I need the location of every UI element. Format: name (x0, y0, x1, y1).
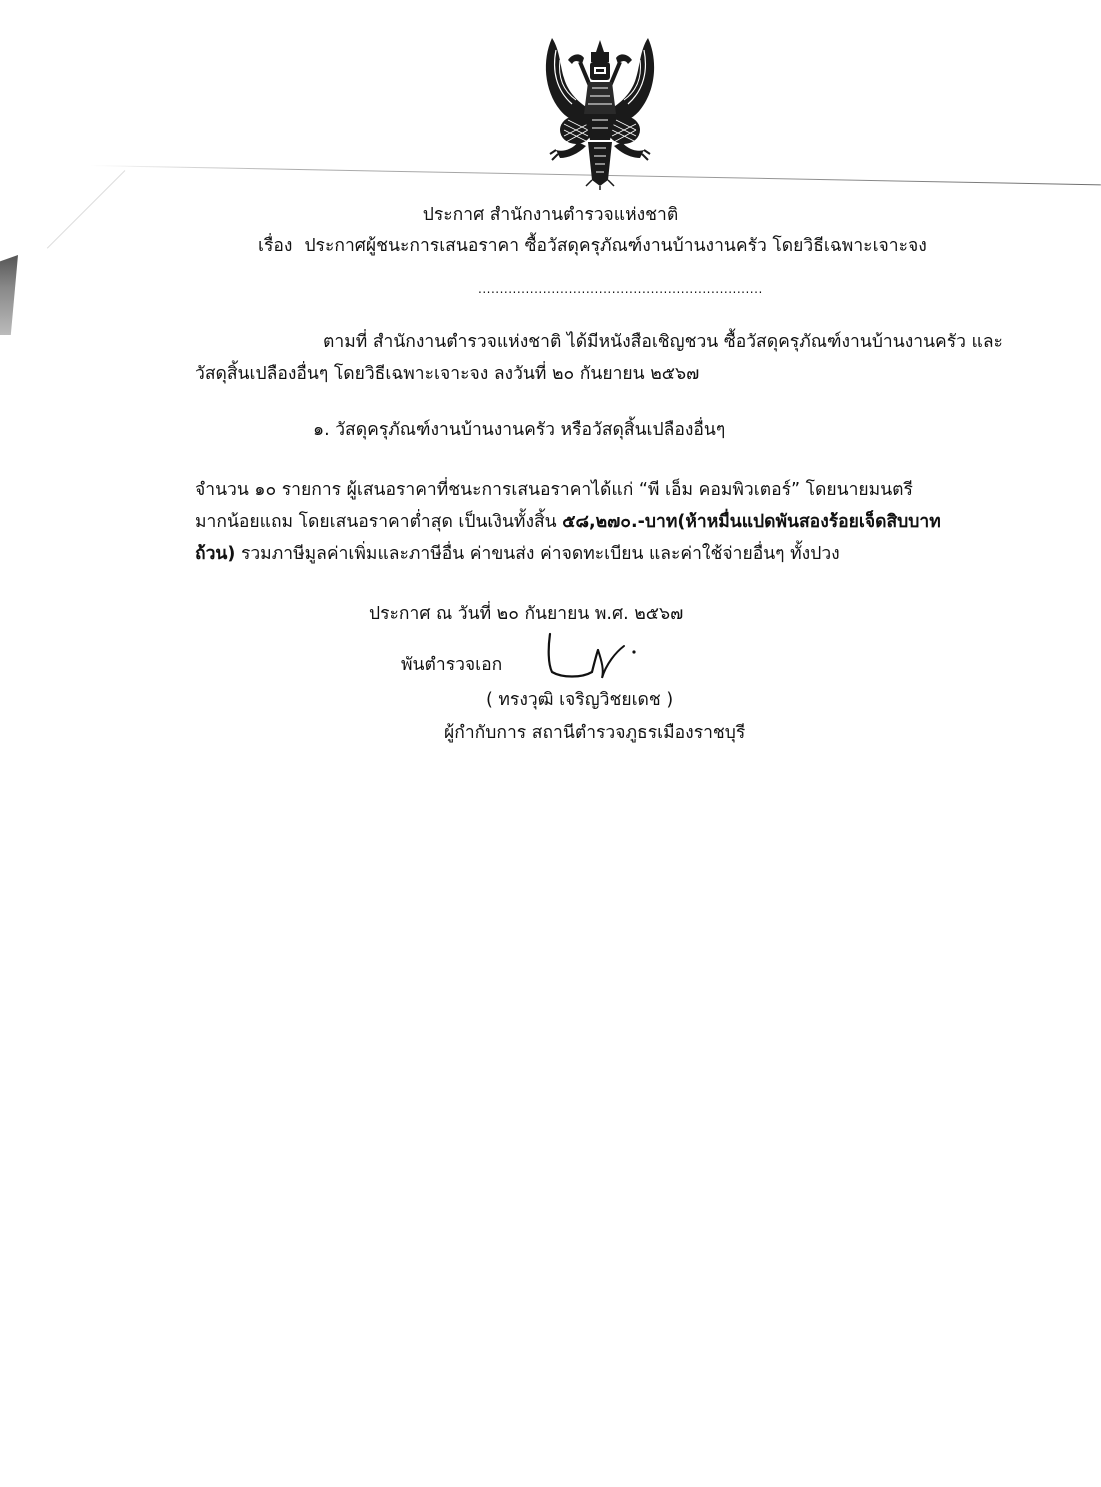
announcement-title: ประกาศ สำนักงานตำรวจแห่งชาติ (0, 203, 1101, 227)
subject-line: เรื่องประกาศผู้ชนะการเสนอราคา ซื้อวัสดุค… (258, 234, 927, 258)
item-1: ๑. วัสดุครุภัณฑ์งานบ้านงานครัว หรือวัสดุ… (313, 418, 725, 442)
subject-label: เรื่อง (258, 236, 292, 256)
scan-shadow (0, 255, 18, 335)
signature-icon (542, 628, 642, 684)
signatory-position: ผู้กำกับการ สถานีตำรวจภูธรเมืองราชบุรี (444, 721, 745, 745)
paragraph2-line3: ถ้วน) รวมภาษีมูลค่าเพิ่มและภาษีอื่น ค่าข… (195, 542, 840, 566)
subject-text: ประกาศผู้ชนะการเสนอราคา ซื้อวัสดุครุภัณฑ… (304, 236, 926, 256)
signatory-rank: พันตำรวจเอก (401, 653, 502, 677)
paragraph2-line1: จำนวน ๑๐ รายการ ผู้เสนอราคาที่ชนะการเสนอ… (195, 478, 913, 502)
total-amount: ๕๘,๒๗๐.-บาท(ห้าหมื่นแปดพันสองร้อยเจ็ดสิบ… (562, 512, 941, 532)
paragraph1-line2: วัสดุสิ้นเปลืองอื่นๆ โดยวิธีเฉพาะเจาะจง … (195, 362, 699, 386)
paragraph1-line1: ตามที่ สำนักงานตำรวจแห่งชาติ ได้มีหนังสื… (323, 330, 1003, 354)
signatory-name: ( ทรงวุฒิ เจริญวิชยเดช ) (486, 688, 673, 712)
garuda-emblem-icon (538, 30, 662, 190)
paragraph2-line2-text: มากน้อยแถม โดยเสนอราคาต่ำสุด เป็นเงินทั้… (195, 512, 562, 532)
separator-dots: ........................................… (478, 282, 763, 296)
document-page: ประกาศ สำนักงานตำรวจแห่งชาติ เรื่องประกา… (0, 0, 1101, 1487)
announce-date: ประกาศ ณ วันที่ ๒๐ กันยายน พ.ศ. ๒๕๖๗ (369, 602, 683, 626)
total-amount-end: ถ้วน) (195, 544, 235, 564)
paragraph2-line2: มากน้อยแถม โดยเสนอราคาต่ำสุด เป็นเงินทั้… (195, 510, 941, 534)
paragraph2-line3-text: รวมภาษีมูลค่าเพิ่มและภาษีอื่น ค่าขนส่ง ค… (235, 544, 839, 564)
